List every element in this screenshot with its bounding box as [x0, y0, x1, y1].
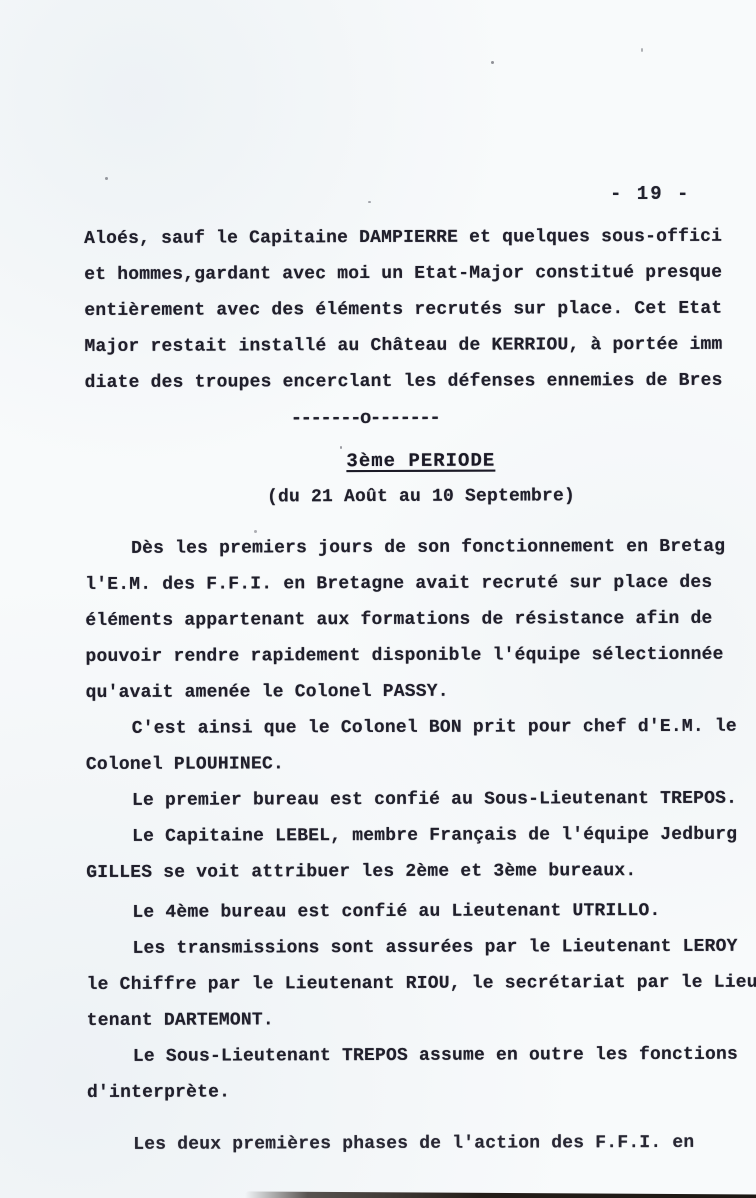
- document-body: Aloés, sauf le Capitaine DAMPIERRE et qu…: [84, 219, 756, 1163]
- scan-speck: [368, 201, 371, 203]
- text-line: Le 4ème bureau est confié au Lieutenant …: [86, 893, 756, 931]
- text-line: Colonel PLOUHINEC.: [86, 745, 756, 783]
- section-heading: 3ème PERIODE: [85, 442, 756, 480]
- text-line: d'interprète.: [87, 1073, 756, 1111]
- scan-edge-shadow: [245, 1191, 756, 1198]
- text-line: qu'avait amenée le Colonel PASSY.: [86, 673, 756, 711]
- text-line: Le premier bureau est confié au Sous-Lie…: [86, 781, 756, 819]
- text-line: C'est ainsi que le Colonel BON prit pour…: [86, 709, 756, 747]
- page-number: - 19 -: [610, 183, 690, 205]
- text-line: Major restait installé au Château de KER…: [84, 327, 756, 365]
- text-line: l'E.M. des F.F.I. en Bretagne avait recr…: [85, 565, 756, 603]
- text-line: entièrement avec des éléments recrutés s…: [84, 291, 756, 329]
- text-line: le Chiffre par le Lieutenant RIOU, le se…: [87, 965, 756, 1003]
- scan-speck: [491, 61, 494, 64]
- section-subheading: (du 21 Août au 10 Septembre): [85, 478, 756, 516]
- scanned-document-page: - 19 - Aloés, sauf le Capitaine DAMPIERR…: [0, 0, 756, 1198]
- text-line: et hommes,gardant avec moi un Etat-Major…: [84, 255, 756, 293]
- text-line: Les deux premières phases de l'action de…: [87, 1125, 756, 1163]
- text-line: Les transmissions sont assurées par le L…: [86, 929, 756, 967]
- text-line: tenant DARTEMONT.: [87, 1001, 756, 1039]
- text-line: pouvoir rendre rapidement disponible l'é…: [85, 637, 756, 675]
- scan-speck: [105, 177, 108, 180]
- text-line: Le Sous-Lieutenant TREPOS assume en outr…: [87, 1037, 756, 1075]
- text-line: Aloés, sauf le Capitaine DAMPIERRE et qu…: [84, 219, 756, 257]
- text-line: Le Capitaine LEBEL, membre Français de l…: [86, 817, 756, 855]
- scan-speck: [641, 48, 643, 52]
- text-line: diate des troupes encerclant les défense…: [85, 363, 756, 401]
- text-line: GILLES se voit attribuer les 2ème et 3èm…: [86, 853, 756, 891]
- section-separator: -------o-------: [85, 399, 756, 437]
- text-line: éléments appartenant aux formations de r…: [85, 601, 756, 639]
- text-line: Dès les premiers jours de son fonctionne…: [85, 529, 756, 567]
